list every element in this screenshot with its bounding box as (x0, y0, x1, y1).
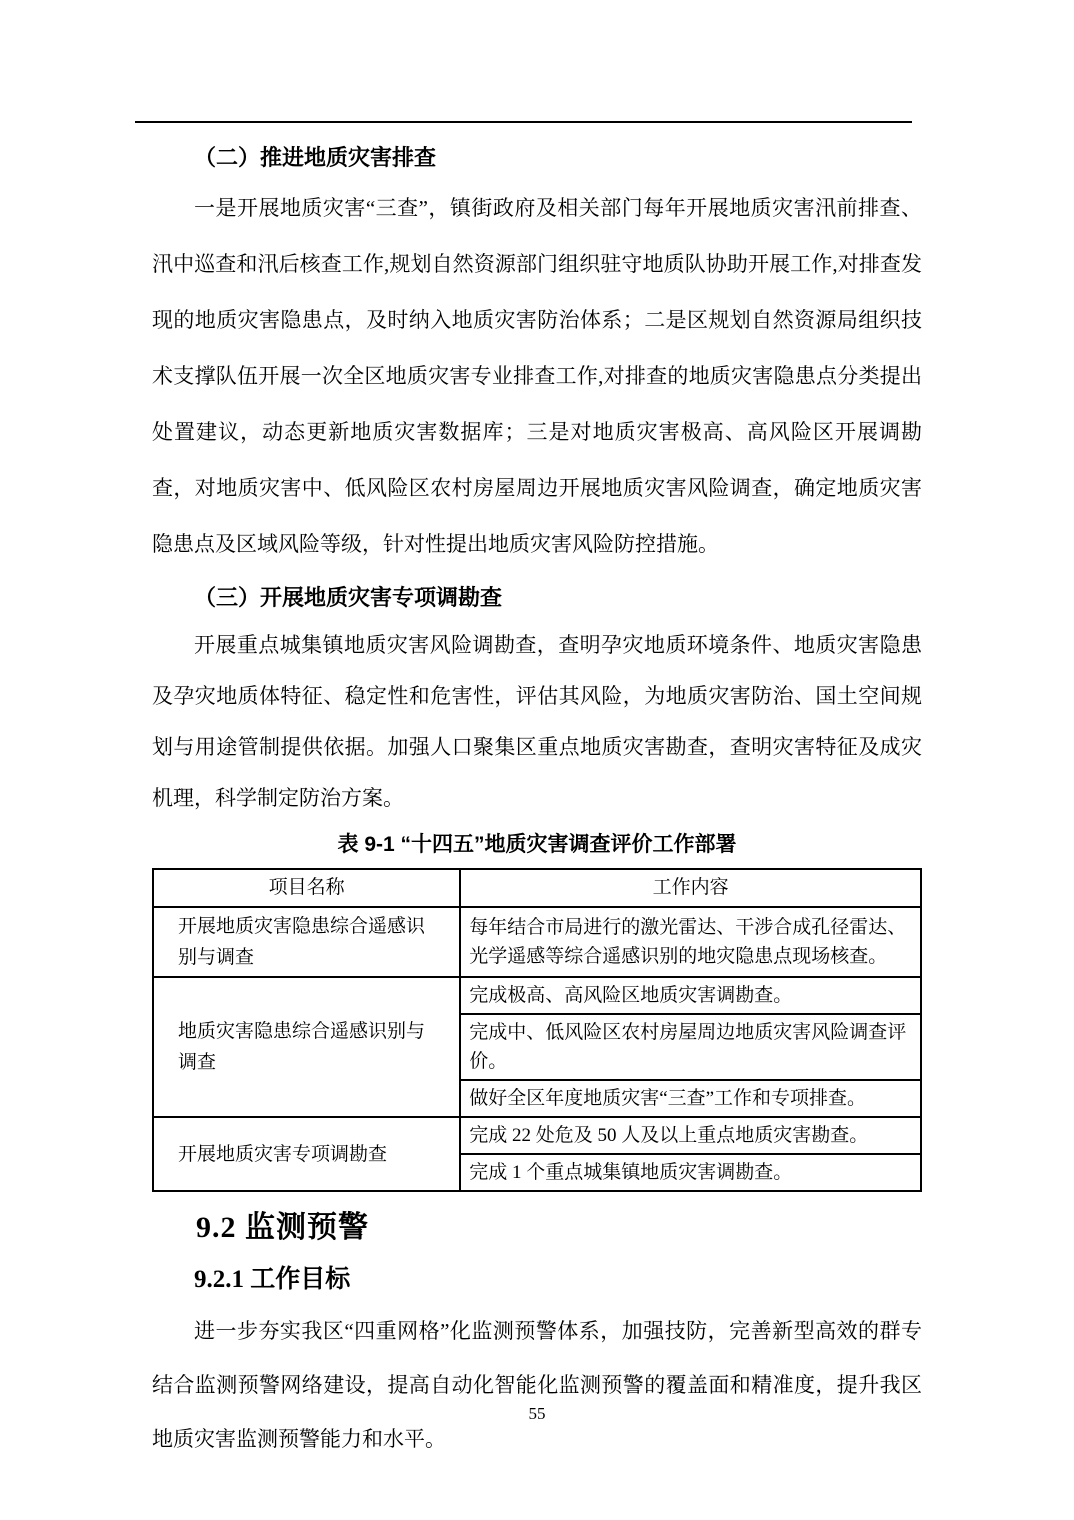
header-rule (135, 121, 912, 123)
task-cell: 完成 22 处危及 50 人及以上重点地质灾害勘查。 (460, 1117, 921, 1154)
heading-section-3: （三）开展地质灾害专项调勘查 (152, 582, 922, 614)
page-content: （二）推进地质灾害排查 一是开展地质灾害“三查”，镇街政府及相关部门每年开展地质… (152, 132, 922, 1466)
heading-section-2: （二）推进地质灾害排查 (152, 142, 922, 174)
project-cell: 开展地质灾害专项调勘查 (153, 1117, 460, 1191)
task-cell: 完成中、低风险区农村房屋周边地质灾害风险调查评价。 (460, 1014, 921, 1080)
paragraph-9-2-1: 进一步夯实我区“四重网格”化监测预警体系，加强技防，完善新型高效的群专结合监测预… (152, 1304, 922, 1466)
table-header-row: 项目名称 工作内容 (153, 869, 921, 907)
task-cell: 完成极高、高风险区地质灾害调勘查。 (460, 977, 921, 1014)
project-cell: 开展地质灾害隐患综合遥感识别与调查 (153, 907, 460, 977)
heading-9-2-1: 9.2.1 工作目标 (194, 1262, 922, 1298)
task-cell: 完成 1 个重点城集镇地质灾害调勘查。 (460, 1154, 921, 1191)
project-cell: 地质灾害隐患综合遥感识别与调查 (153, 977, 460, 1117)
table-title: 表 9-1 “十四五”地质灾害调查评价工作部署 (152, 830, 922, 860)
table-row: 地质灾害隐患综合遥感识别与调查 完成极高、高风险区地质灾害调勘查。 (153, 977, 921, 1014)
document-page: （二）推进地质灾害排查 一是开展地质灾害“三查”，镇街政府及相关部门每年开展地质… (0, 0, 1074, 1520)
paragraph-section-2: 一是开展地质灾害“三查”，镇街政府及相关部门每年开展地质灾害汛前排查、汛中巡查和… (152, 180, 922, 572)
heading-9-2: 9.2 监测预警 (196, 1208, 922, 1248)
paragraph-section-3: 开展重点城集镇地质灾害风险调勘查，查明孕灾地质环境条件、地质灾害隐患及孕灾地质体… (152, 620, 922, 824)
table-row: 开展地质灾害隐患综合遥感识别与调查 每年结合市局进行的激光雷达、干涉合成孔径雷达… (153, 907, 921, 977)
table-row: 开展地质灾害专项调勘查 完成 22 处危及 50 人及以上重点地质灾害勘查。 (153, 1117, 921, 1154)
task-cell: 每年结合市局进行的激光雷达、干涉合成孔径雷达、光学遥感等综合遥感识别的地灾隐患点… (460, 907, 921, 977)
page-number: 55 (0, 1404, 1074, 1424)
task-cell: 做好全区年度地质灾害“三查”工作和专项排查。 (460, 1080, 921, 1117)
work-deployment-table: 项目名称 工作内容 开展地质灾害隐患综合遥感识别与调查 每年结合市局进行的激光雷… (152, 868, 922, 1192)
column-header-project: 项目名称 (153, 869, 460, 907)
column-header-content: 工作内容 (460, 869, 921, 907)
